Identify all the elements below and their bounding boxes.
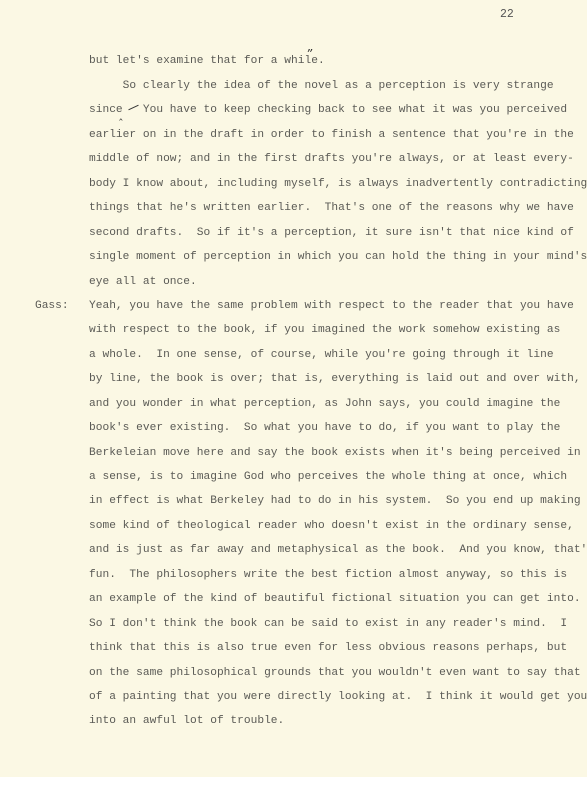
text-line: but let's examine that for a while. xyxy=(89,55,325,67)
text-line: a sense, is to imagine God who perceives… xyxy=(89,471,567,483)
text-line: since You have to keep checking back to … xyxy=(89,104,567,116)
text-line: an example of the kind of beautiful fict… xyxy=(89,593,581,605)
text-line: with respect to the book, if you imagine… xyxy=(89,324,560,336)
text-line: fun. The philosophers write the best fic… xyxy=(89,569,567,581)
text-line: middle of now; and in the first drafts y… xyxy=(89,153,574,165)
text-line: book's ever existing. So what you have t… xyxy=(89,422,560,434)
text-line: and is just as far away and metaphysical… xyxy=(89,544,587,556)
typewritten-page: 22 but let's examine that for a while. ”… xyxy=(0,0,587,777)
text-line: think that this is also true even for le… xyxy=(89,642,567,654)
text-line: on the same philosophical grounds that y… xyxy=(89,667,581,679)
page-number: 22 xyxy=(500,8,514,21)
speaker-label: Gass: xyxy=(35,300,69,312)
text-line: things that he's written earlier. That's… xyxy=(89,202,574,214)
text-line: second drafts. So if it's a perception, … xyxy=(89,227,574,239)
text-line: body I know about, including myself, is … xyxy=(89,178,587,190)
text-line: single moment of perception in which you… xyxy=(89,251,587,263)
text-line: and you wonder in what perception, as Jo… xyxy=(89,398,560,410)
text-line: earlier on in the draft in order to fini… xyxy=(89,129,574,141)
text-line: So clearly the idea of the novel as a pe… xyxy=(89,80,554,92)
text-line: a whole. In one sense, of course, while … xyxy=(89,349,554,361)
text-line: So I don't think the book can be said to… xyxy=(89,618,567,630)
text-line: eye all at once. xyxy=(89,276,197,288)
text-line: Yeah, you have the same problem with res… xyxy=(89,300,574,312)
text-line: some kind of theological reader who does… xyxy=(89,520,574,532)
text-line: by line, the book is over; that is, ever… xyxy=(89,373,581,385)
text-line: in effect is what Berkeley had to do in … xyxy=(89,495,581,507)
text-line: into an awful lot of trouble. xyxy=(89,715,284,727)
text-line: of a painting that you were directly loo… xyxy=(89,691,587,703)
closing-quote-annotation: ” xyxy=(306,47,312,61)
insertion-caret-annotation: ‸ xyxy=(119,108,123,121)
text-line: Berkeleian move here and say the book ex… xyxy=(89,447,581,459)
